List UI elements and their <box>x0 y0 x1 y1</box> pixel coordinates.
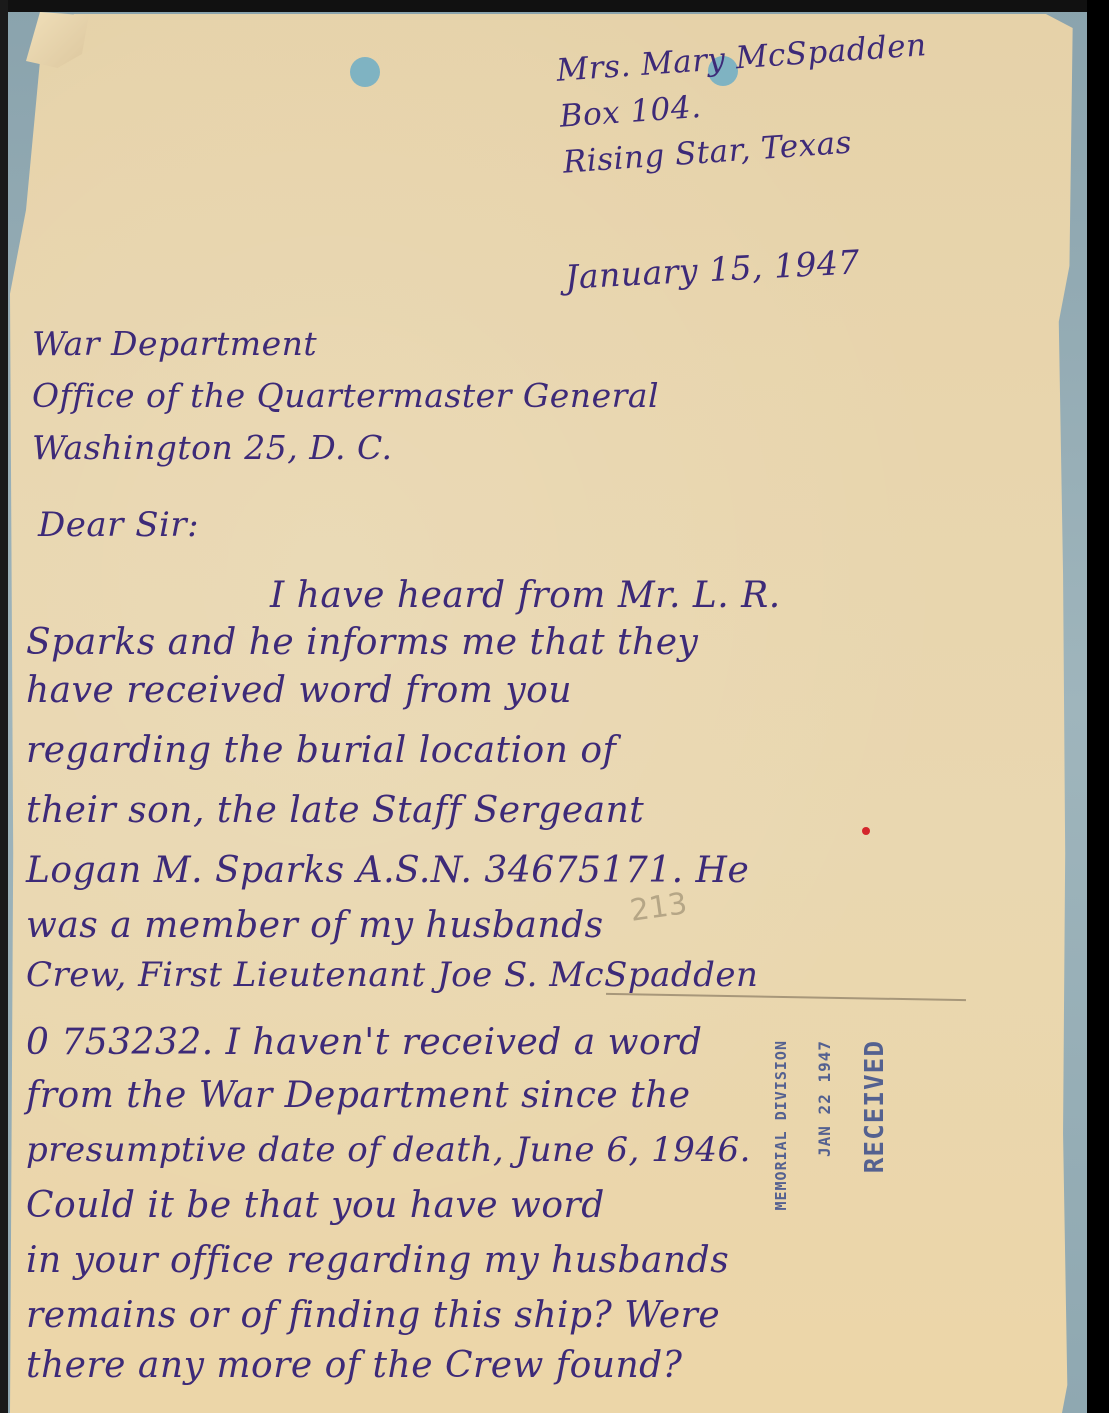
body-line: presumptive date of death, June 6, 1946. <box>26 1130 751 1170</box>
body-line: there any more of the Crew found? <box>26 1345 682 1386</box>
body-line: remains or of finding this ship? Were <box>26 1295 720 1336</box>
body-line: regarding the burial location of <box>26 730 616 771</box>
body-line: Sparks and he informs me that they <box>26 622 698 663</box>
stamp-line-date: JAN 22 1947 <box>815 1040 834 1157</box>
stamp-line-division: MEMORIAL DIVISION <box>772 1040 790 1211</box>
addressee-line-2: Office of the Quartermaster General <box>32 370 659 422</box>
salutation: Dear Sir: <box>38 505 199 545</box>
body-line: Could it be that you have word <box>26 1185 605 1226</box>
right-border <box>1087 0 1109 1413</box>
left-border <box>0 0 8 1413</box>
body-line: 0 753232. I haven't received a word <box>26 1022 702 1063</box>
body-line: in your office regarding my husbands <box>26 1240 729 1281</box>
sender-address: Mrs. Mary McSpadden Box 104. Rising Star… <box>555 22 934 186</box>
stamp-line-received: RECEIVED <box>860 1040 890 1173</box>
body-line: have received word from you <box>26 670 572 711</box>
addressee-line-1: War Department <box>32 318 659 370</box>
red-ink-dot <box>862 827 870 835</box>
top-border <box>0 0 1109 12</box>
received-stamp: MEMORIAL DIVISION JAN 22 1947 RECEIVED <box>760 1040 930 1240</box>
body-line: Logan M. Sparks A.S.N. 34675171. He <box>26 850 749 891</box>
body-line: from the War Department since the <box>26 1075 691 1116</box>
body-line: Crew, First Lieutenant Joe S. McSpadden <box>26 955 758 995</box>
addressee-block: War Department Office of the Quartermast… <box>32 318 659 474</box>
punch-hole-left <box>350 57 380 87</box>
body-line: their son, the late Staff Sergeant <box>26 790 644 831</box>
body-line: was a member of my husbands <box>26 905 604 946</box>
addressee-line-3: Washington 25, D. C. <box>32 422 659 474</box>
body-line: I have heard from Mr. L. R. <box>270 575 781 616</box>
